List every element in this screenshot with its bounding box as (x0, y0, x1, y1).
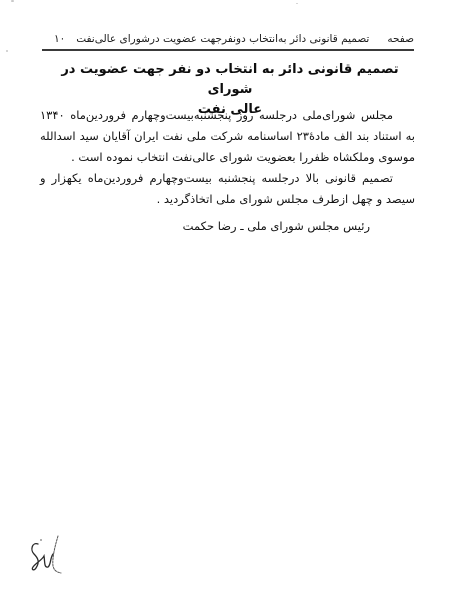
running-header: صفحه تصمیم قانونی دائر به‌انتخاب دونفرجه… (44, 31, 414, 47)
paragraph-line: سیصد و چهل ازطرف مجلس شورای ملی اتخاذگرد… (40, 189, 415, 210)
paragraph-line: مجلس شورای‌ملی درجلسه روز پنجشنبه‌بیست‌و… (40, 105, 415, 126)
paragraph-line: به استناد بند الف مادۀ۲۳ اساسنامه شرکت م… (40, 126, 415, 147)
paragraph-line: موسوی وملکشاه ظفررا بعضویت شورای عالی‌نف… (40, 147, 415, 168)
document-title-line-1: تصمیم قانونی دائر به انتخاب دو نفر جهت ع… (60, 60, 400, 100)
scan-speck (296, 3, 298, 4)
paragraph-resolution: مجلس شورای‌ملی درجلسه روز پنجشنبه‌بیست‌و… (40, 105, 415, 168)
page-number: ۱۰ (54, 33, 65, 45)
header-divider (42, 49, 414, 51)
document-page: صفحه تصمیم قانونی دائر به‌انتخاب دونفرجه… (0, 0, 454, 599)
paragraph-line: تصمیم قانونی بالا درجلسه پنجشنبه بیست‌وچ… (40, 168, 415, 189)
scan-speck (6, 50, 8, 52)
handwritten-initials-icon (28, 532, 68, 580)
document-body: مجلس شورای‌ملی درجلسه روز پنجشنبه‌بیست‌و… (40, 105, 415, 210)
header-title: تصمیم قانونی دائر به‌انتخاب دونفرجهت عضو… (73, 33, 369, 45)
paragraph-adoption: تصمیم قانونی بالا درجلسه پنجشنبه بیست‌وچ… (40, 168, 415, 210)
signature-line: رئیس مجلس شورای ملی ـ رضا حکمت (70, 216, 370, 236)
scan-speck (11, 0, 14, 2)
header-page-label: صفحه (387, 33, 414, 45)
